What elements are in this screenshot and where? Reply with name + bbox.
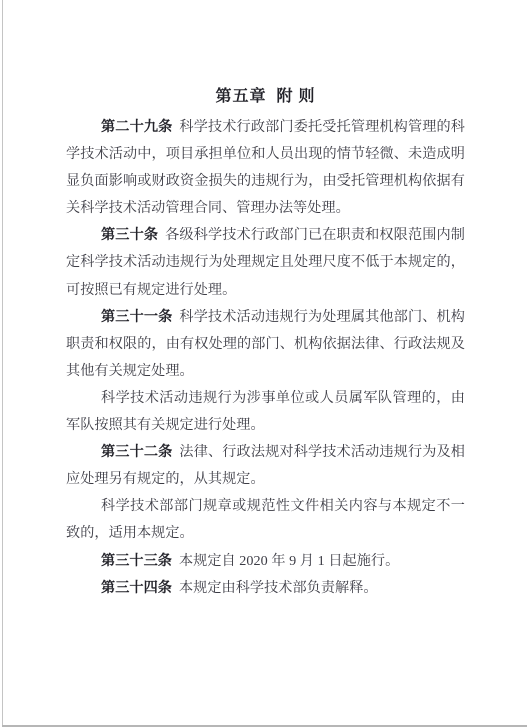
article-paragraph: 第三十二条法律、行政法规对科学技术活动违规行为及相应处理另有规定的，从其规定。 bbox=[66, 439, 465, 493]
article-number: 第二十九条 bbox=[101, 119, 172, 135]
article-text: 科学技术部部门规章或规范性文件相关内容与本规定不一致的，适用本规定。 bbox=[66, 498, 465, 541]
chapter-heading: 第五章 附 则 bbox=[66, 84, 465, 109]
article-paragraph: 第三十四条本规定由科学技术部负责解释。 bbox=[66, 575, 465, 602]
article-paragraph: 第三十一条科学技术活动违规行为处理属其他部门、机构职责和权限的，由有权处理的部门… bbox=[66, 304, 465, 385]
article-paragraph: 第三十三条本规定自 2020 年 9 月 1 日起施行。 bbox=[66, 548, 465, 575]
article-number: 第三十四条 bbox=[101, 580, 172, 596]
article-number: 第三十三条 bbox=[101, 553, 172, 569]
article-number: 第三十二条 bbox=[101, 444, 172, 460]
article-number: 第三十一条 bbox=[101, 309, 172, 325]
scan-left-edge-line bbox=[2, 0, 3, 727]
article-paragraph: 第三十条各级科学技术行政部门已在职责和权限范围内制定科学技术活动违规行为处理规定… bbox=[66, 222, 465, 303]
article-paragraph: 科学技术活动违规行为涉事单位或人员属军队管理的，由军队按照其有关规定进行处理。 bbox=[66, 385, 465, 439]
article-text: 科学技术活动违规行为涉事单位或人员属军队管理的，由军队按照其有关规定进行处理。 bbox=[66, 390, 465, 433]
article-paragraph: 第二十九条科学技术行政部门委托受托管理机构管理的科学技术活动中，项目承担单位和人… bbox=[66, 114, 465, 222]
article-text: 本规定由科学技术部负责解释。 bbox=[179, 580, 378, 596]
article-number: 第三十条 bbox=[101, 227, 158, 243]
article-paragraph: 科学技术部部门规章或规范性文件相关内容与本规定不一致的，适用本规定。 bbox=[66, 493, 465, 547]
document-content: 第五章 附 则 第二十九条科学技术行政部门委托受托管理机构管理的科学技术活动中，… bbox=[66, 84, 465, 602]
article-text: 本规定自 2020 年 9 月 1 日起施行。 bbox=[179, 553, 399, 569]
document-page: 第五章 附 则 第二十九条科学技术行政部门委托受托管理机构管理的科学技术活动中，… bbox=[0, 0, 527, 727]
